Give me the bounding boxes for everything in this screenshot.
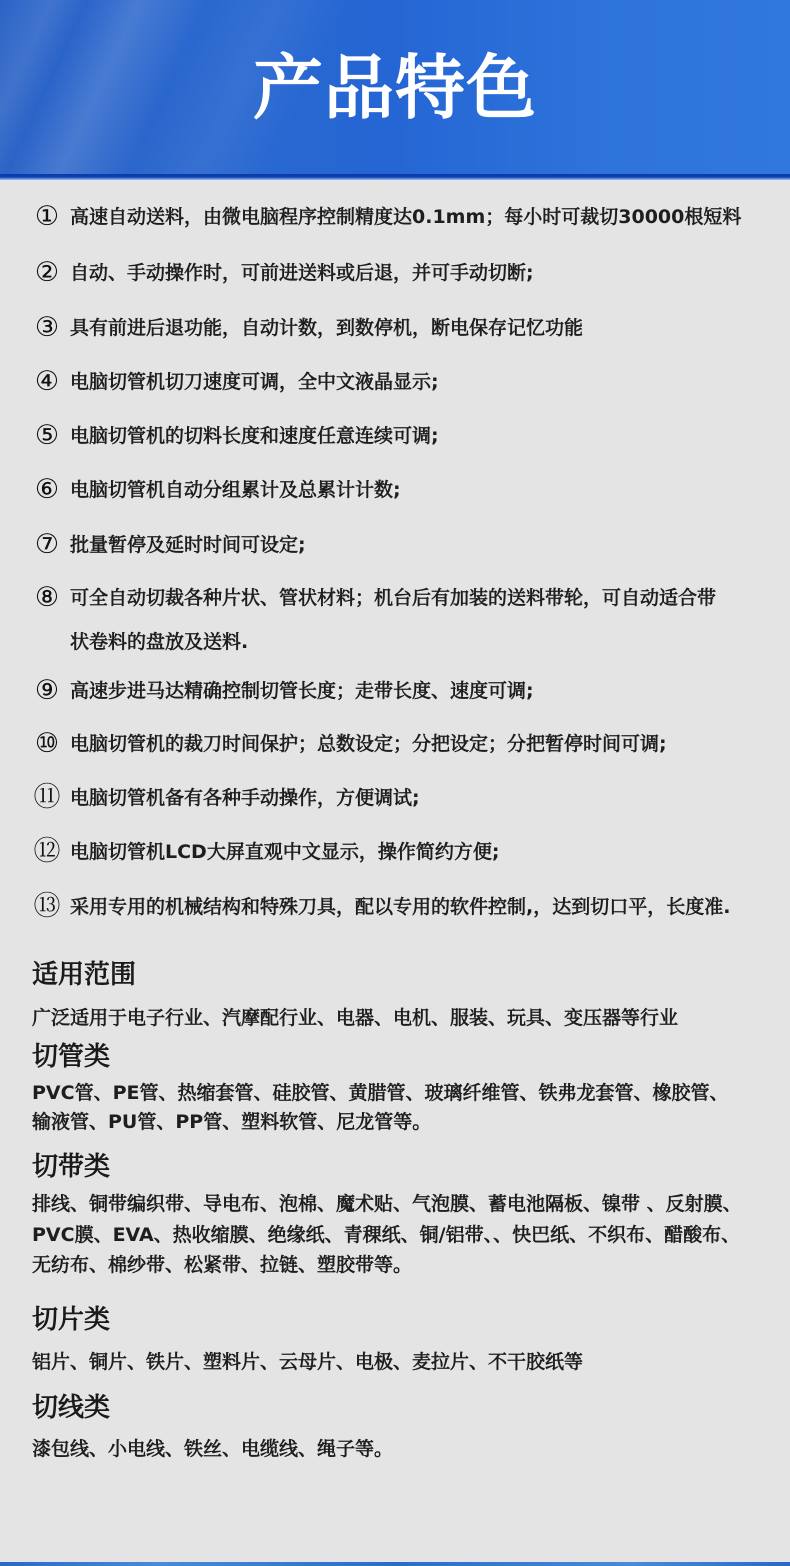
page-title: 产品特色	[0, 48, 790, 128]
section-title-sheet: 切片类	[32, 1303, 110, 1337]
feature-text: 高速自动送料，由微电脑程序控制精度达0.1mm；每小时可裁切30000根短料	[70, 200, 741, 234]
section-title-tube: 切管类	[32, 1040, 110, 1074]
feature-text: 电脑切管机的切料长度和速度任意连续可调;	[70, 419, 439, 453]
feature-text: 可全自动切裁各种片状、管状材料；机台后有加装的送料带轮，可自动适合带	[70, 581, 716, 615]
circled-number-icon: ④	[30, 365, 64, 399]
circled-number-icon: ⑦	[30, 528, 64, 562]
circled-number-icon: ③	[30, 311, 64, 345]
feature-text: 电脑切管机切刀速度可调，全中文液晶显示;	[70, 365, 439, 399]
section-body-wire: 漆包线、小电线、铁丝、电缆线、绳子等。	[32, 1434, 784, 1464]
section-body-sheet: 铝片、铜片、铁片、塑料片、云母片、电极、麦拉片、不干胶纸等	[32, 1347, 784, 1377]
feature-text: 高速步进马达精确控制切管长度；走带长度、速度可调;	[70, 674, 534, 708]
feature-text: 具有前进后退功能，自动计数，到数停机，断电保存记忆功能	[70, 311, 583, 345]
feature-text-continued: 状卷料的盘放及送料.	[70, 625, 248, 659]
feature-text: 电脑切管机的裁刀时间保护；总数设定；分把设定；分把暂停时间可调;	[70, 727, 667, 761]
feature-item-8: ⑧ 可全自动切裁各种片状、管状材料；机台后有加装的送料带轮，可自动适合带 状卷料…	[30, 581, 790, 661]
section-title-tape: 切带类	[32, 1150, 110, 1184]
circled-number-icon: ⑥	[30, 473, 64, 507]
banner-divider	[0, 174, 790, 180]
circled-number-icon: ②	[30, 256, 64, 290]
section-body-tape-line-3: 无纺布、棉纱带、松紧带、拉链、塑胶带等。	[32, 1250, 784, 1280]
section-body-scope: 广泛适用于电子行业、汽摩配行业、电器、电机、服装、玩具、变压器等行业	[32, 1003, 784, 1033]
header-banner: 产品特色	[0, 0, 790, 176]
circled-number-icon: ⑫	[30, 835, 64, 869]
circled-number-icon: ①	[30, 200, 64, 234]
circled-number-icon: ⑬	[30, 890, 64, 924]
section-title-wire: 切线类	[32, 1391, 110, 1425]
section-body-tube-line-1: PVC管、PE管、热缩套管、硅胶管、黄腊管、玻璃纤维管、铁弗龙套管、橡胶管、	[32, 1078, 784, 1108]
section-body-tape-line-1: 排线、铜带编织带、导电布、泡棉、魔术贴、气泡膜、蓄电池隔板、镍带 、反射膜、	[32, 1189, 784, 1219]
circled-number-icon: ⑧	[30, 581, 64, 615]
section-body-tape-line-2: PVC膜、EVA、热收缩膜、绝缘纸、青稞纸、铜/铝带、、快巴纸、不织布、醋酸布、	[32, 1220, 784, 1250]
section-body-tube-line-2: 输液管、PU管、PP管、塑料软管、尼龙管等。	[32, 1107, 784, 1137]
feature-text: 采用专用的机械结构和特殊刀具，配以专用的软件控制,，达到切口平，长度准.	[70, 890, 730, 924]
footer-divider	[0, 1562, 790, 1566]
feature-text: 电脑切管机自动分组累计及总累计计数;	[70, 473, 401, 507]
circled-number-icon: ⑨	[30, 674, 64, 708]
feature-text: 批量暂停及延时时间可设定;	[70, 528, 306, 562]
section-title-scope: 适用范围	[32, 958, 136, 992]
feature-text: 电脑切管机LCD大屏直观中文显示，操作简约方便;	[70, 835, 499, 869]
circled-number-icon: ⑪	[30, 781, 64, 815]
circled-number-icon: ⑩	[30, 727, 64, 761]
feature-text: 自动、手动操作时，可前进送料或后退，并可手动切断;	[70, 256, 534, 290]
product-features-page: 产品特色 ① 高速自动送料，由微电脑程序控制精度达0.1mm；每小时可裁切300…	[0, 0, 790, 1566]
circled-number-icon: ⑤	[30, 419, 64, 453]
feature-text: 电脑切管机备有各种手动操作，方便调试;	[70, 781, 420, 815]
